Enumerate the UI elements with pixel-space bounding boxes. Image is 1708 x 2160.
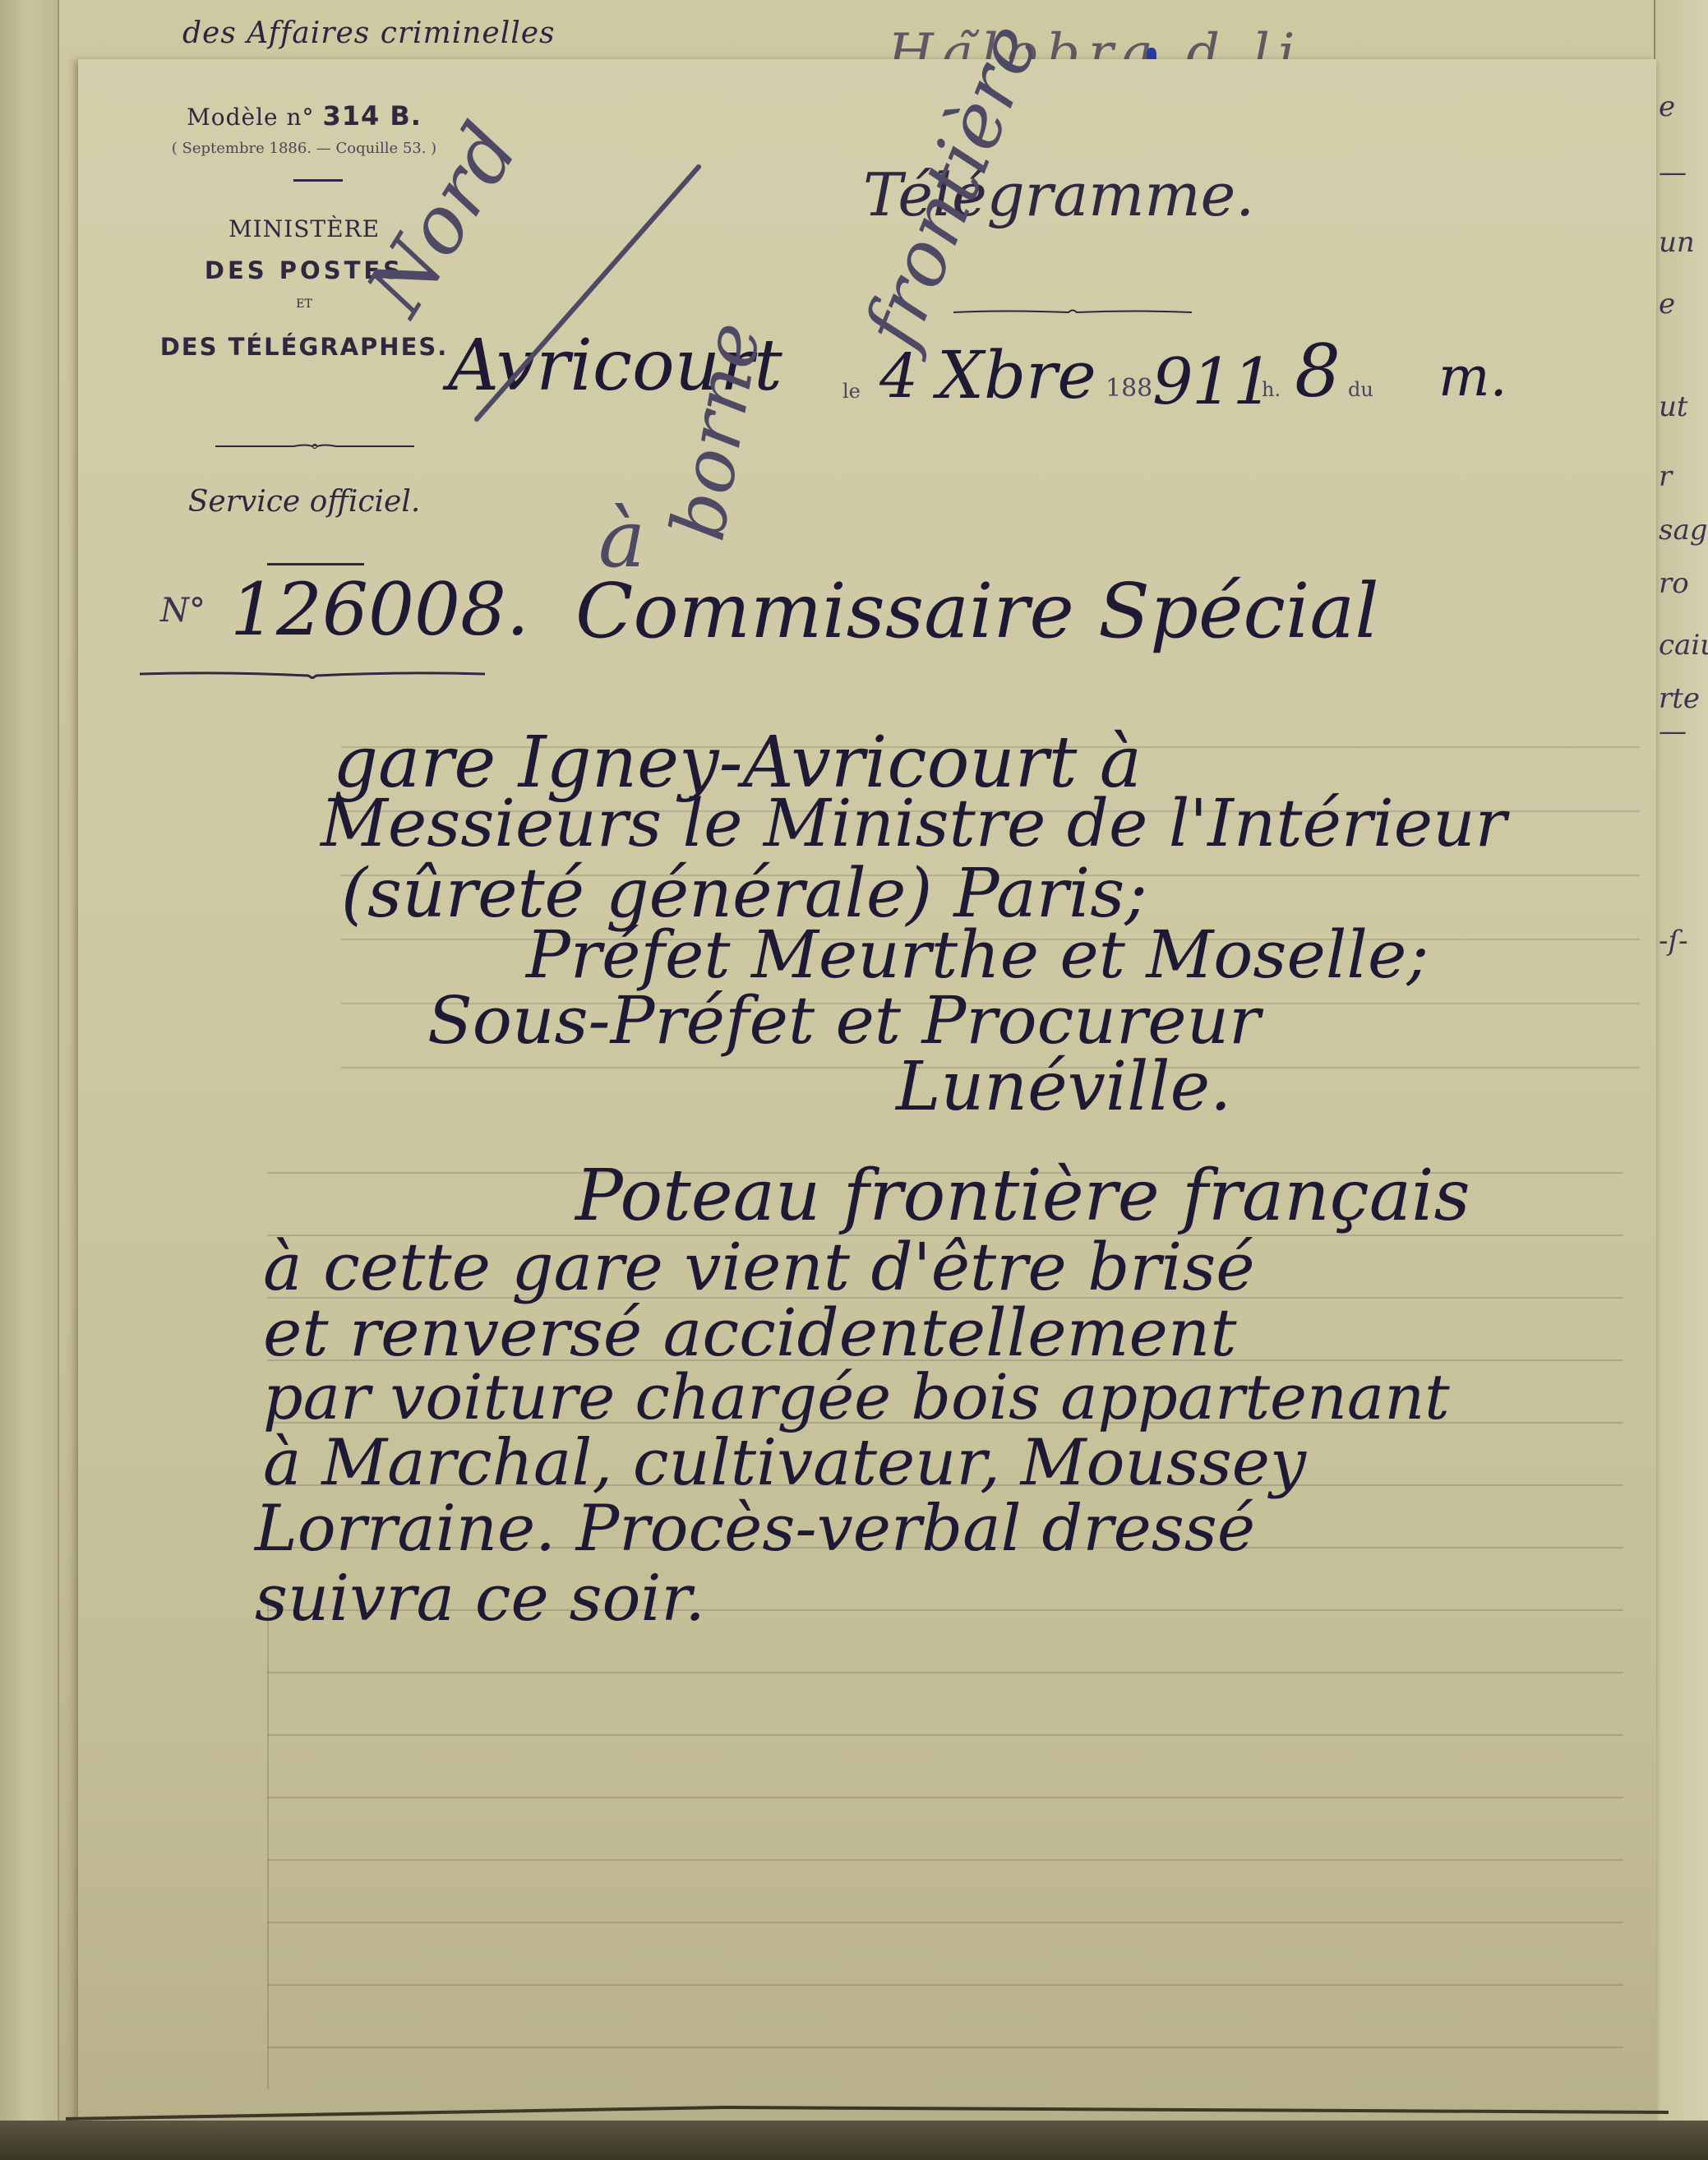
margin-fragment: un bbox=[1659, 226, 1695, 259]
pencil-stroke bbox=[460, 160, 707, 423]
ornament-underline bbox=[140, 671, 485, 679]
margin-fragment: ro bbox=[1659, 567, 1689, 600]
margin-fragment: sag bbox=[1659, 514, 1707, 547]
margin-fragment: e bbox=[1659, 90, 1675, 123]
body-line: Lorraine. Procès-verbal dressé bbox=[255, 1492, 1255, 1566]
margin-fragment: rte bbox=[1659, 682, 1700, 715]
time-minutes: 8 bbox=[1295, 329, 1341, 413]
right-page-edge: e — un e ut r sag ro caiu rte — -ſ- bbox=[1654, 0, 1708, 2160]
telegram-number: 126008. bbox=[230, 567, 529, 652]
margin-line bbox=[267, 1596, 269, 2089]
margin-fragment: — bbox=[1659, 156, 1687, 189]
margin-fragment: r bbox=[1659, 460, 1672, 493]
model-number: 314 B. bbox=[322, 100, 421, 132]
model-label: Modèle n° bbox=[187, 104, 314, 131]
body-line: à Marchal, cultivateur, Moussey bbox=[263, 1426, 1306, 1500]
ornament-date bbox=[953, 308, 1192, 316]
body-line: Lunéville. bbox=[896, 1048, 1231, 1126]
date-month: Xbre bbox=[937, 337, 1096, 413]
divider bbox=[293, 179, 343, 182]
margin-fragment: -ſ- bbox=[1659, 925, 1688, 958]
number-label: N° bbox=[160, 592, 205, 630]
body-line: Commissaire Spécial bbox=[575, 567, 1379, 655]
telegram-sheet bbox=[78, 59, 1656, 2130]
underlying-page-header: des Affaires criminelles bbox=[182, 16, 556, 50]
body-line: Messieurs le Ministre de l'Intérieur bbox=[321, 785, 1507, 861]
margin-fragment: e bbox=[1659, 288, 1675, 321]
page-bottom-edge bbox=[66, 2106, 1669, 2121]
desk-shadow bbox=[0, 2121, 1708, 2160]
service-official: Service officiel. bbox=[132, 485, 477, 519]
body-line: par voiture chargée bois appartenant bbox=[263, 1360, 1450, 1433]
date-year-digit: 9 bbox=[1152, 345, 1193, 419]
date-le-label: le bbox=[842, 380, 861, 403]
binding-edge bbox=[0, 0, 59, 2160]
date-year-prefix: 188 bbox=[1106, 374, 1152, 403]
body-line: suivra ce soir. bbox=[255, 1562, 705, 1636]
divider bbox=[267, 563, 364, 565]
body-line: Poteau frontière français bbox=[575, 1155, 1470, 1237]
form-model: Modèle n° 314 B. bbox=[132, 100, 477, 132]
margin-fragment: caiu bbox=[1659, 629, 1708, 662]
ornament-divider bbox=[215, 444, 414, 449]
margin-fragment: ut bbox=[1659, 390, 1688, 423]
time-meridiem: m. bbox=[1438, 345, 1507, 408]
time-du-label: du bbox=[1348, 378, 1373, 401]
margin-fragment: — bbox=[1659, 715, 1687, 748]
time-h-label: h. bbox=[1262, 378, 1281, 401]
